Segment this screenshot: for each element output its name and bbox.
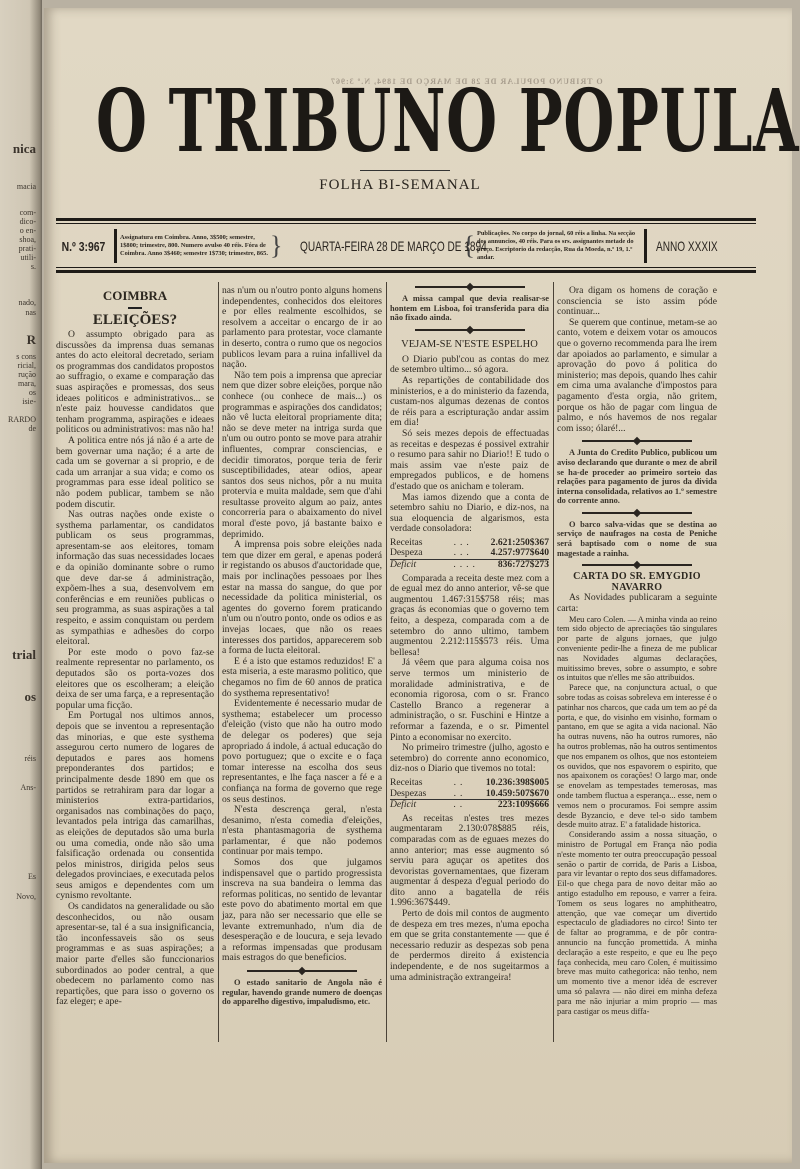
adjacent-page-fragment: rução bbox=[0, 370, 36, 379]
adjacent-page-fragment: utili- bbox=[0, 253, 36, 262]
article-paragraph: A imprensa pois sobre eleições nada tem … bbox=[222, 540, 382, 657]
letter-paragraph: Considerando assim a nossa situação, o m… bbox=[557, 830, 717, 1016]
adjacent-page-fragment: s. bbox=[0, 262, 36, 271]
issue-info-bar: N.º 3:967 Assignatura em Coimbra. Anno, … bbox=[56, 226, 756, 266]
adjacent-page-fragment: com- bbox=[0, 208, 36, 217]
adjacent-page-fragment: isie- bbox=[0, 397, 36, 406]
adjacent-page-fragment: prati- bbox=[0, 244, 36, 253]
column-separator bbox=[553, 282, 554, 1042]
publication-rates: Publicações. No corpo do jornal, 60 réis… bbox=[477, 230, 641, 262]
divider-ornament bbox=[582, 440, 692, 442]
accounts-table-trimester: Receitas..10.236:398$005 Despezas..10.45… bbox=[390, 778, 549, 811]
adjacent-page-fragment: o en- bbox=[0, 226, 36, 235]
article-paragraph: Se querem que continue, metam-se ao cant… bbox=[557, 318, 717, 435]
adjacent-page-fragment: nica bbox=[0, 142, 36, 156]
column-2: nas n'um ou n'outro ponto alguns homens … bbox=[222, 286, 382, 1007]
article-title-espelho: VEJAM-SE N'ESTE ESPELHO bbox=[390, 337, 549, 353]
article-paragraph: Somos dos que julgamos indispensavel que… bbox=[222, 858, 382, 964]
article-paragraph: Evidentemente é necessario mudar de syst… bbox=[222, 699, 382, 805]
adjacent-page-strip: nica macia com- dico- o en- shoa, prati-… bbox=[0, 0, 42, 1169]
article-paragraph: No primeiro trimestre (julho, agosto e s… bbox=[390, 743, 549, 775]
article-paragraph: Por este modo o povo faz-se realmente re… bbox=[56, 648, 214, 712]
article-paragraph: O Diario publ'cou as contas do mez de se… bbox=[390, 355, 549, 376]
article-paragraph: Ora digam os homens de coração e conscie… bbox=[557, 286, 717, 318]
article-paragraph: Perto de dois mil contos de augmento de … bbox=[390, 909, 549, 983]
article-paragraph: Os candidatos na generalidade ou são des… bbox=[56, 902, 214, 1008]
table-total-row: Deficit....836:727$273 bbox=[390, 560, 549, 571]
article-paragraph: Já vêem que para alguma coisa nos serve … bbox=[390, 658, 549, 743]
article-paragraph: E é a isto que estamos reduzidos! E' a e… bbox=[222, 657, 382, 699]
issue-date: QUARTA-FEIRA 28 DE MARÇO DE 1894 bbox=[300, 238, 444, 254]
top-thin-rule bbox=[56, 223, 756, 224]
article-paragraph: nas n'um ou n'outro ponto alguns homens … bbox=[222, 286, 382, 371]
adjacent-page-fragment: s cons bbox=[0, 352, 36, 361]
subtitle-rule bbox=[360, 170, 450, 171]
article-paragraph: Em Portugal nos ultimos annos, depois qu… bbox=[56, 711, 214, 902]
adjacent-page-fragment: mara, bbox=[0, 379, 36, 388]
column-4: Ora digam os homens de coração e conscie… bbox=[557, 286, 717, 1016]
vertical-divider bbox=[114, 229, 117, 263]
adjacent-page-fragment: Novo, bbox=[0, 892, 36, 901]
article-paragraph: Não tem pois a imprensa que apreciar nem… bbox=[222, 371, 382, 541]
year-volume: ANNO XXXIX bbox=[656, 238, 718, 254]
adjacent-page-fragment: nas bbox=[0, 308, 36, 317]
letter-intro: As Novidades publicaram a seguinte carta… bbox=[557, 593, 717, 614]
column-3: A missa campal que devia realisar-se hon… bbox=[390, 286, 549, 983]
brace-ornament: } bbox=[270, 231, 282, 261]
column-separator bbox=[218, 282, 219, 1042]
article-paragraph: As repartições de contabilidade dos mini… bbox=[390, 376, 549, 429]
adjacent-page-fragment: Es bbox=[0, 872, 36, 881]
news-note-angola: O estado sanitario de Angola não é regul… bbox=[222, 978, 382, 1007]
adjacent-page-fragment: ricial, bbox=[0, 361, 36, 370]
adjacent-page-fragment: os bbox=[0, 690, 36, 704]
article-title-eleicoes: ELEIÇÕES? bbox=[56, 312, 214, 328]
adjacent-page-fragment: Ans- bbox=[0, 783, 36, 792]
adjacent-page-fragment: réis bbox=[0, 754, 36, 763]
article-paragraph: O assumpto obrigado para as discussões d… bbox=[56, 330, 214, 436]
article-paragraph: A politica entre nós já não é a arte de … bbox=[56, 436, 214, 510]
adjacent-page-fragment: os bbox=[0, 388, 36, 397]
heading-dash bbox=[128, 307, 142, 309]
bottom-thin-rule bbox=[56, 267, 756, 268]
newspaper-title: O TRIBUNO POPULAR bbox=[96, 78, 497, 166]
article-paragraph: N'esta descrença geral, n'esta desanimo,… bbox=[222, 805, 382, 858]
divider-ornament bbox=[582, 512, 692, 514]
adjacent-page-fragment: trial bbox=[0, 648, 36, 662]
adjacent-page-fragment: nado, bbox=[0, 298, 36, 307]
article-paragraph: Só seis mezes depois de effectuadas as r… bbox=[390, 429, 549, 493]
subscription-info: Assignatura em Coimbra. Anno, 3$500; sem… bbox=[120, 234, 268, 258]
vertical-divider bbox=[644, 229, 647, 263]
adjacent-page-fragment: dico- bbox=[0, 217, 36, 226]
table-total-row: Deficit..223:109$666 bbox=[390, 800, 549, 811]
adjacent-page-fragment: RARDO bbox=[0, 415, 36, 424]
newspaper-subtitle: FOLHA BI-SEMANAL bbox=[300, 177, 500, 194]
column-separator bbox=[386, 282, 387, 1042]
table-row: Despezas..10.459:507$670 bbox=[390, 789, 549, 800]
accounts-table-september: Receitas...2.621:250$367 Despeza...4.257… bbox=[390, 538, 549, 571]
issue-number: N.º 3:967 bbox=[62, 239, 106, 254]
table-row: Receitas..10.236:398$005 bbox=[390, 778, 549, 789]
adjacent-page-fragment: R bbox=[0, 333, 36, 347]
adjacent-page-fragment: de bbox=[0, 424, 36, 433]
article-paragraph: Comparada a receita deste mez com a de e… bbox=[390, 574, 549, 659]
top-double-rule bbox=[56, 218, 756, 221]
divider-ornament bbox=[415, 329, 525, 331]
news-note-missa: A missa campal que devia realisar-se hon… bbox=[390, 294, 549, 323]
article-paragraph: Mas iamos dizendo que a conta de setembr… bbox=[390, 493, 549, 535]
adjacent-page-fragment: macia bbox=[0, 182, 36, 191]
article-paragraph: Nas outras nações onde existe o systhema… bbox=[56, 510, 214, 648]
letter-paragraph: Parece que, na conjunctura actual, o que… bbox=[557, 683, 717, 830]
news-note-barco-salva-vidas: O barco salva-vidas que se destina ao se… bbox=[557, 520, 717, 558]
article-paragraph: As receitas n'estes tres mezes augmentar… bbox=[390, 814, 549, 909]
divider-ornament bbox=[582, 564, 692, 566]
letter-paragraph: Meu caro Colen. — A minha vinda ao reino… bbox=[557, 615, 717, 684]
divider-ornament bbox=[415, 286, 525, 288]
section-heading-coimbra: COIMBRA bbox=[56, 288, 214, 304]
news-note-junta-credito: A Junta do Credito Publico, publicou um … bbox=[557, 448, 717, 506]
adjacent-page-fragment: shoa, bbox=[0, 235, 36, 244]
divider-ornament bbox=[247, 970, 357, 972]
table-row: Despeza...4.257:977$640 bbox=[390, 548, 549, 559]
bottom-double-rule bbox=[56, 270, 756, 273]
letter-title: CARTA DO SR. EMYGDIO NAVARRO bbox=[557, 572, 717, 593]
column-1: COIMBRA ELEIÇÕES? O assumpto obrigado pa… bbox=[56, 286, 214, 1008]
